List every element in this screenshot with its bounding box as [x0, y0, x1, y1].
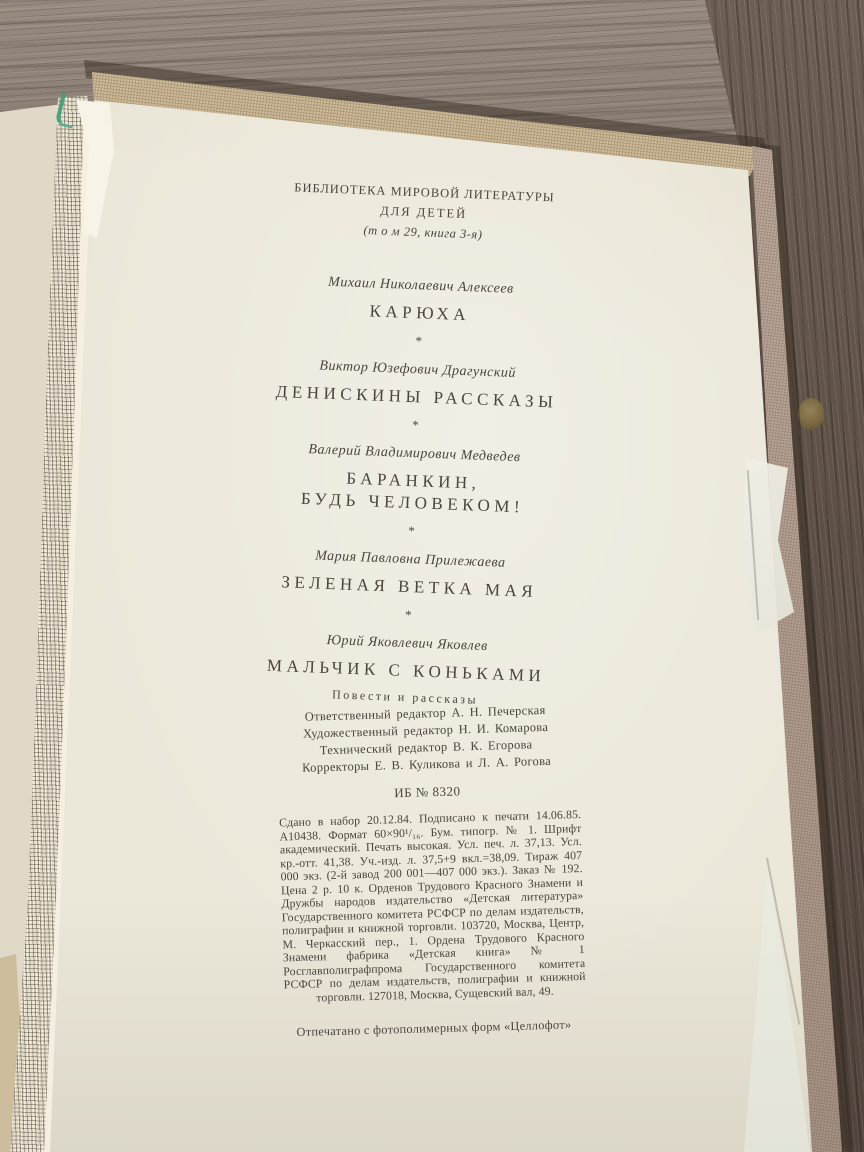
work-title: МАЛЬЧИК С КОНЬКАМИ [239, 654, 574, 689]
work-title: КАРЮХА [253, 296, 588, 331]
work-title: ДЕНИСКИНЫ РАССКАЗЫ [249, 380, 584, 415]
title-page-lower-text: Ответственный редактор А. Н. Печерская Х… [258, 701, 601, 1041]
work-entry: Юрий Яковлевич Яковлев МАЛЬЧИК С КОНЬКАМ… [239, 628, 575, 689]
imprint-paragraph: Сдано в набор 20.12.84. Подписано к печа… [279, 808, 586, 1005]
separator-star: * [252, 328, 586, 355]
work-entry: Мария Павловна Прилежаева ЗЕЛЕНАЯ ВЕТКА … [241, 544, 578, 629]
work-entry: Михаил Николаевич Алексеев КАРЮХА * [252, 270, 589, 355]
separator-star: * [244, 518, 578, 545]
ib-number: ИБ № 8320 [260, 779, 594, 805]
wood-knot [798, 398, 824, 430]
book-photo-scene: БИБЛИОТЕКА МИРОВОЙ ЛИТЕРАТУРЫ ДЛЯ ДЕТЕЙ … [0, 0, 864, 1152]
title-page-upper-text: БИБЛИОТЕКА МИРОВОЙ ЛИТЕРАТУРЫ ДЛЯ ДЕТЕЙ … [238, 176, 592, 710]
work-entry: Валерий Владимирович Медведев БАРАНКИН, … [244, 438, 581, 545]
work-title: ЗЕЛЕНАЯ ВЕТКА МАЯ [242, 570, 577, 605]
work-entry: Виктор Юзефович Драгунский ДЕНИСКИНЫ РАС… [248, 354, 585, 439]
separator-star: * [248, 412, 582, 439]
separator-star: * [241, 602, 575, 629]
